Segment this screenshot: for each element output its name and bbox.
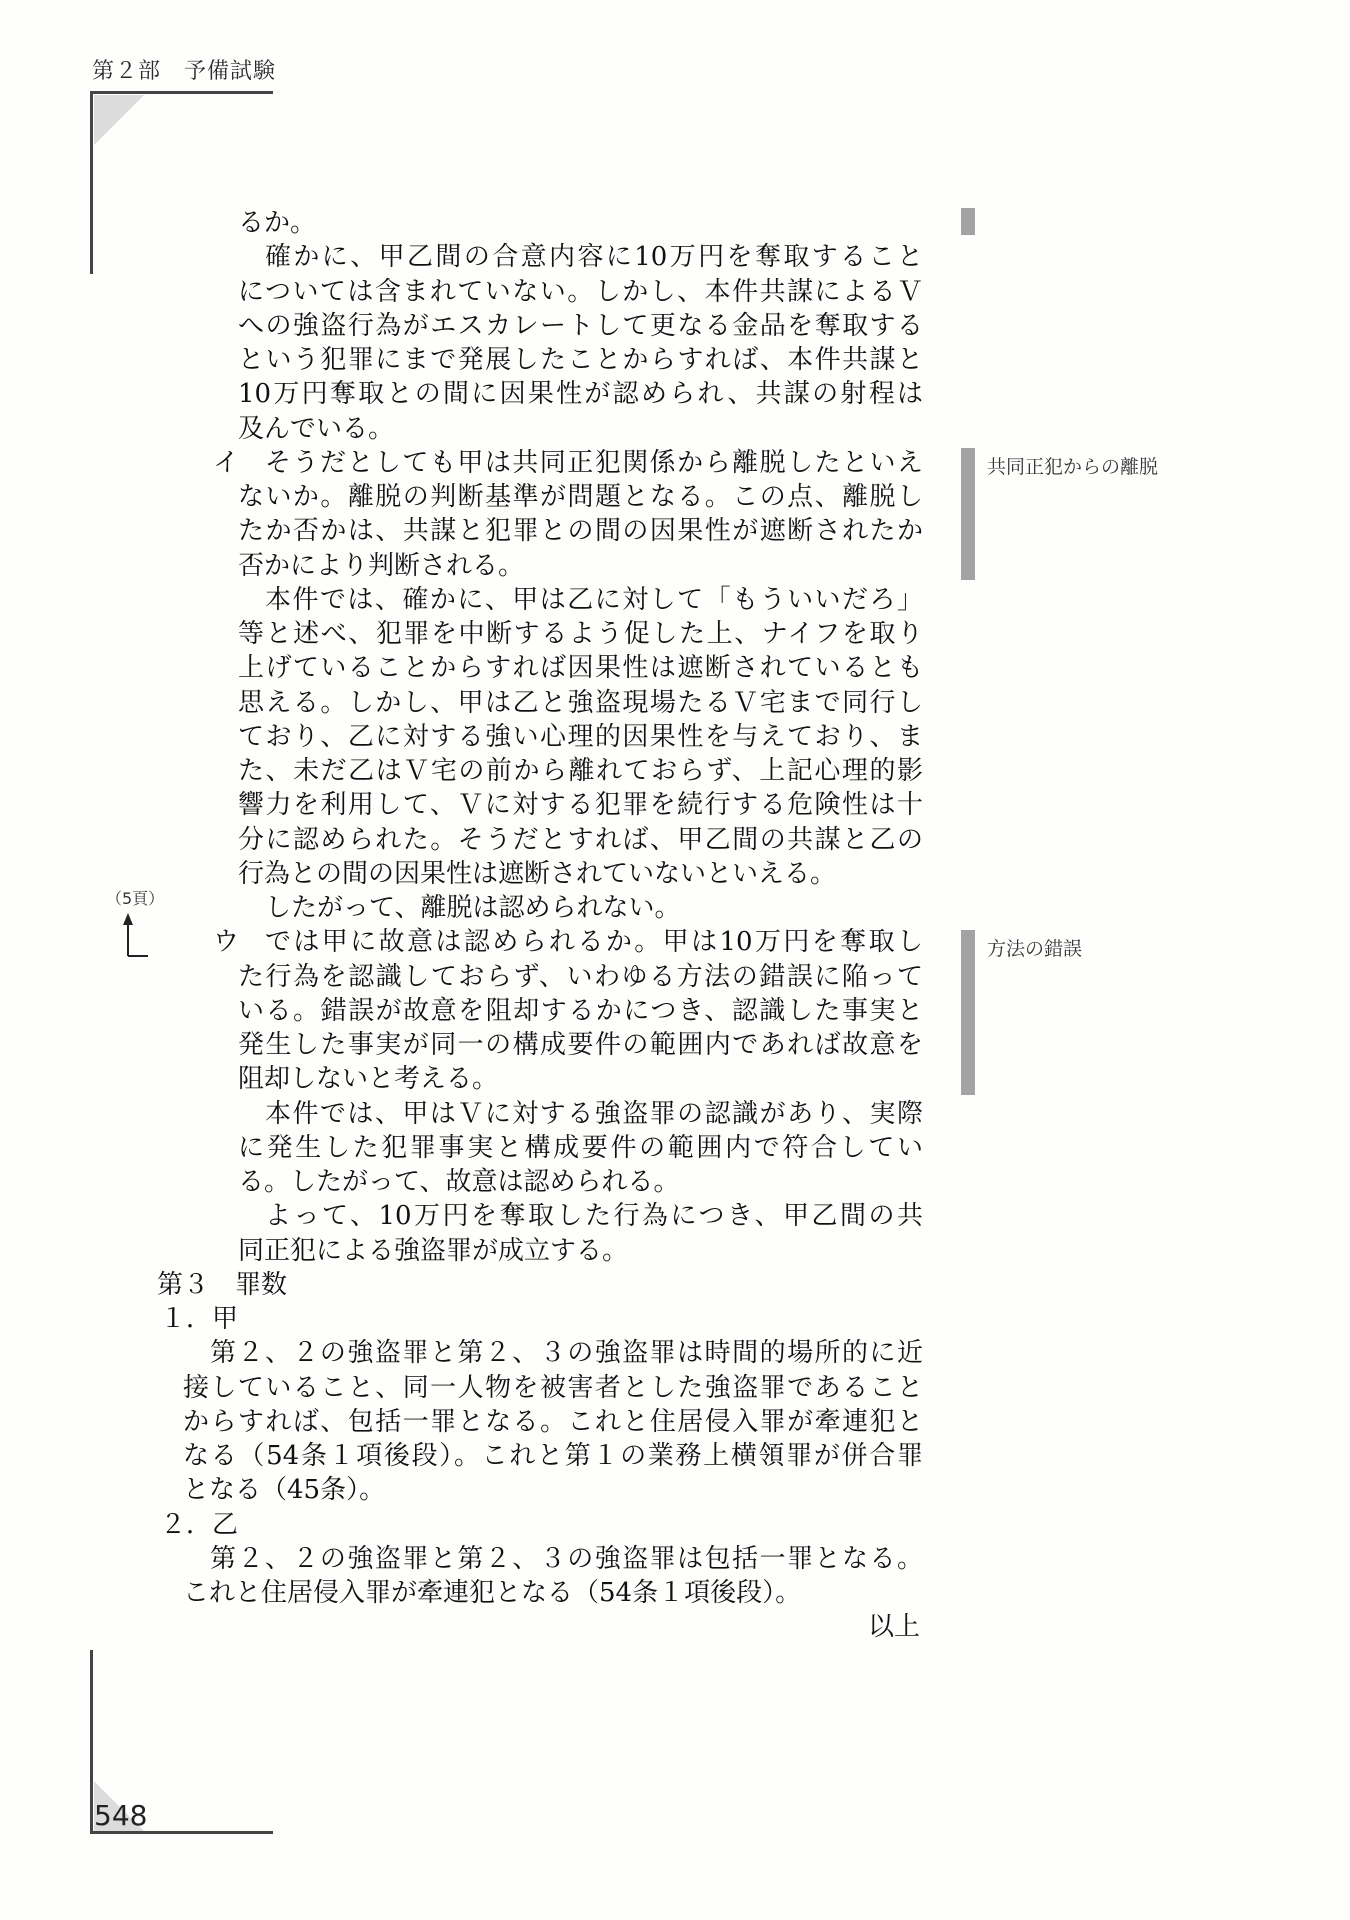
text-line: 分に認められた。そうだとすれば、甲乙間の共謀と乙の — [238, 823, 923, 857]
text-line: 本件では、甲はＶに対する強盗罪の認識があり、実際 — [265, 1097, 923, 1131]
text-line: ２．乙 — [160, 1508, 238, 1542]
text-line: 発生した事実が同一の構成要件の範囲内であれば故意を — [238, 1028, 923, 1062]
text-line: 同正犯による強盗罪が成立する。 — [238, 1234, 628, 1268]
text-line: そうだとしても甲は共同正犯関係から離脱したといえ — [265, 446, 923, 480]
text-line: １．甲 — [160, 1302, 238, 1336]
text-line: ないか。離脱の判断基準が問題となる。この点、離脱し — [238, 480, 923, 514]
text-line: に発生した犯罪事実と構成要件の範囲内で符合してい — [238, 1131, 923, 1165]
item-marker: ウ — [213, 925, 239, 959]
text-line: た、未だ乙はＶ宅の前から離れておらず、上記心理的影 — [238, 754, 923, 788]
text-line: となる（45条）。 — [183, 1473, 385, 1507]
text-line: 第２、２の強盗罪と第２、３の強盗罪は時間的場所的に近 — [210, 1336, 923, 1370]
text-line: という犯罪にまで発展したことからすれば、本件共謀と — [238, 343, 923, 377]
text-line: なる（54条１項後段）。これと第１の業務上横領罪が併合罪 — [183, 1439, 923, 1473]
text-line: については含まれていない。しかし、本件共謀によるＶ — [238, 275, 923, 309]
text-line: これと住居侵入罪が牽連犯となる（54条１項後段）。 — [183, 1576, 801, 1610]
text-line: 確かに、甲乙間の合意内容に10万円を奪取すること — [265, 240, 923, 274]
document-body: るか。確かに、甲乙間の合意内容に10万円を奪取することについては含まれていない。… — [0, 0, 1350, 1920]
text-line: したがって、離脱は認められない。 — [265, 891, 680, 925]
text-line: た行為を認識しておらず、いわゆる方法の錯誤に陥って — [238, 960, 923, 994]
text-line: 以上 — [868, 1610, 920, 1644]
text-line: る。したがって、故意は認められる。 — [238, 1165, 679, 1199]
text-line: 接していること、同一人物を被害者とした強盗罪であること — [183, 1371, 923, 1405]
text-line: 阻却しないと考える。 — [238, 1062, 498, 1096]
text-line: への強盗行為がエスカレートして更なる金品を奪取する — [238, 309, 923, 343]
text-line: よって、10万円を奪取した行為につき、甲乙間の共 — [265, 1199, 923, 1233]
text-line: 第３ 罪数 — [157, 1268, 287, 1302]
text-line: 10万円奪取との間に因果性が認められ、共謀の射程は — [238, 377, 923, 411]
text-line: 否かにより判断される。 — [238, 549, 524, 583]
text-line: 思える。しかし、甲は乙と強盗現場たるＶ宅まで同行し — [238, 686, 923, 720]
text-line: では甲に故意は認められるか。甲は10万円を奪取し — [265, 925, 923, 959]
text-line: からすれば、包括一罪となる。これと住居侵入罪が牽連犯と — [183, 1405, 923, 1439]
text-line: るか。 — [238, 206, 316, 240]
text-line: 及んでいる。 — [238, 412, 394, 446]
text-line: ており、乙に対する強い心理的因果性を与えており、ま — [238, 720, 923, 754]
text-line: 行為との間の因果性は遮断されていないといえる。 — [238, 857, 836, 891]
text-line: いる。錯誤が故意を阻却するかにつき、認識した事実と — [238, 994, 923, 1028]
text-line: 響力を利用して、Ｖに対する犯罪を続行する危険性は十 — [238, 788, 923, 822]
text-line: 第２、２の強盗罪と第２、３の強盗罪は包括一罪となる。 — [210, 1542, 923, 1576]
item-marker: イ — [213, 446, 239, 480]
text-line: 本件では、確かに、甲は乙に対して「もういいだろ」 — [265, 583, 923, 617]
text-line: 上げていることからすれば因果性は遮断されているとも — [238, 651, 923, 685]
text-line: たか否かは、共謀と犯罪との間の因果性が遮断されたか — [238, 514, 923, 548]
text-line: 等と述べ、犯罪を中断するよう促した上、ナイフを取り — [238, 617, 923, 651]
